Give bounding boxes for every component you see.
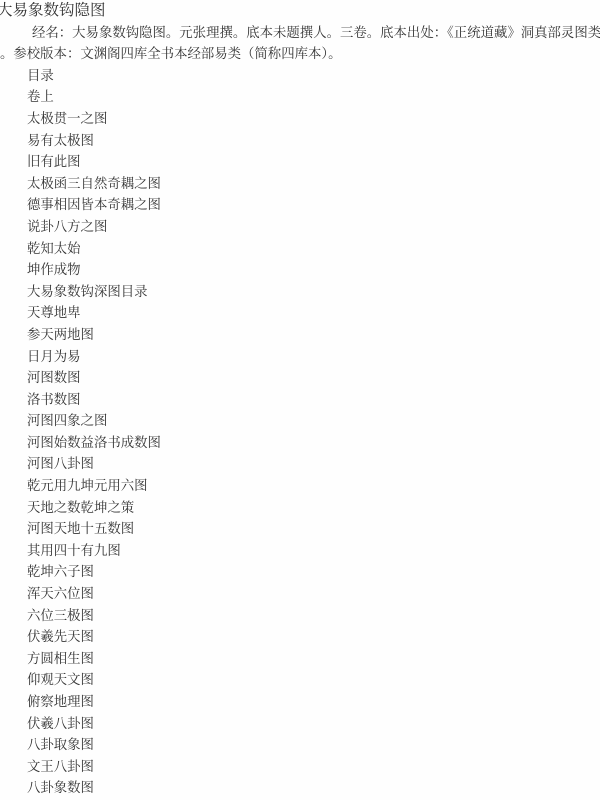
toc-item: 八卦象数图 (27, 777, 600, 799)
toc-item: 乾元用九坤元用六图 (27, 475, 600, 497)
toc-item: 俯察地理图 (27, 691, 600, 713)
colophon: 经名：大易象数钩隐图。元张理撰。底本未题撰人。三卷。底本出处：《正统道藏》洞真部… (0, 22, 600, 65)
toc-item: 浑天六位图 (27, 583, 600, 605)
toc-item: 方圆相生图 (27, 648, 600, 670)
toc-item: 河图天地十五数图 (27, 518, 600, 540)
toc-item: 其用四十有九图 (27, 540, 600, 562)
toc-list: 目录卷上太极贯一之图易有太极图旧有此图太极函三自然奇耦之图德事相因皆本奇耦之图说… (0, 65, 600, 799)
toc-item: 六位三极图 (27, 605, 600, 627)
toc-item: 八卦取象图 (27, 734, 600, 756)
toc-item: 参天两地图 (27, 324, 600, 346)
toc-item: 旧有此图 (27, 151, 600, 173)
toc-item: 洛书数图 (27, 389, 600, 411)
toc-item: 易有太极图 (27, 130, 600, 152)
toc-item: 仰观天文图 (27, 669, 600, 691)
toc-item: 乾坤六子图 (27, 561, 600, 583)
toc-item: 太极贯一之图 (27, 108, 600, 130)
toc-item: 目录 (27, 65, 600, 87)
toc-item: 河图四象之图 (27, 410, 600, 432)
toc-item: 伏羲八卦图 (27, 713, 600, 735)
colophon-line: 经名：大易象数钩隐图。元张理撰。底本未题撰人。三卷。底本出处：《正统道藏》洞真部… (0, 22, 600, 44)
toc-item: 乾知太始 (27, 238, 600, 260)
toc-item: 坤作成物 (27, 259, 600, 281)
toc-item: 河图始数益洛书成数图 (27, 432, 600, 454)
toc-item: 说卦八方之图 (27, 216, 600, 238)
toc-item: 德事相因皆本奇耦之图 (27, 194, 600, 216)
toc-item: 大易象数钩深图目录 (27, 281, 600, 303)
toc-item: 天地之数乾坤之策 (27, 497, 600, 519)
toc-item: 伏羲先天图 (27, 626, 600, 648)
page-title: 大易象数钩隐图 (0, 0, 600, 22)
toc-item: 河图数图 (27, 367, 600, 389)
toc-item: 日月为易 (27, 346, 600, 368)
toc-item: 河图八卦图 (27, 453, 600, 475)
toc-item: 文王八卦图 (27, 756, 600, 778)
toc-item: 卷上 (27, 86, 600, 108)
toc-item: 天尊地卑 (27, 302, 600, 324)
toc-item: 太极函三自然奇耦之图 (27, 173, 600, 195)
colophon-line: 。参校版本：文渊阁四库全书本经部易类（简称四库本）。 (0, 43, 600, 65)
document-page: 大易象数钩隐图 经名：大易象数钩隐图。元张理撰。底本未题撰人。三卷。底本出处：《… (0, 0, 600, 800)
